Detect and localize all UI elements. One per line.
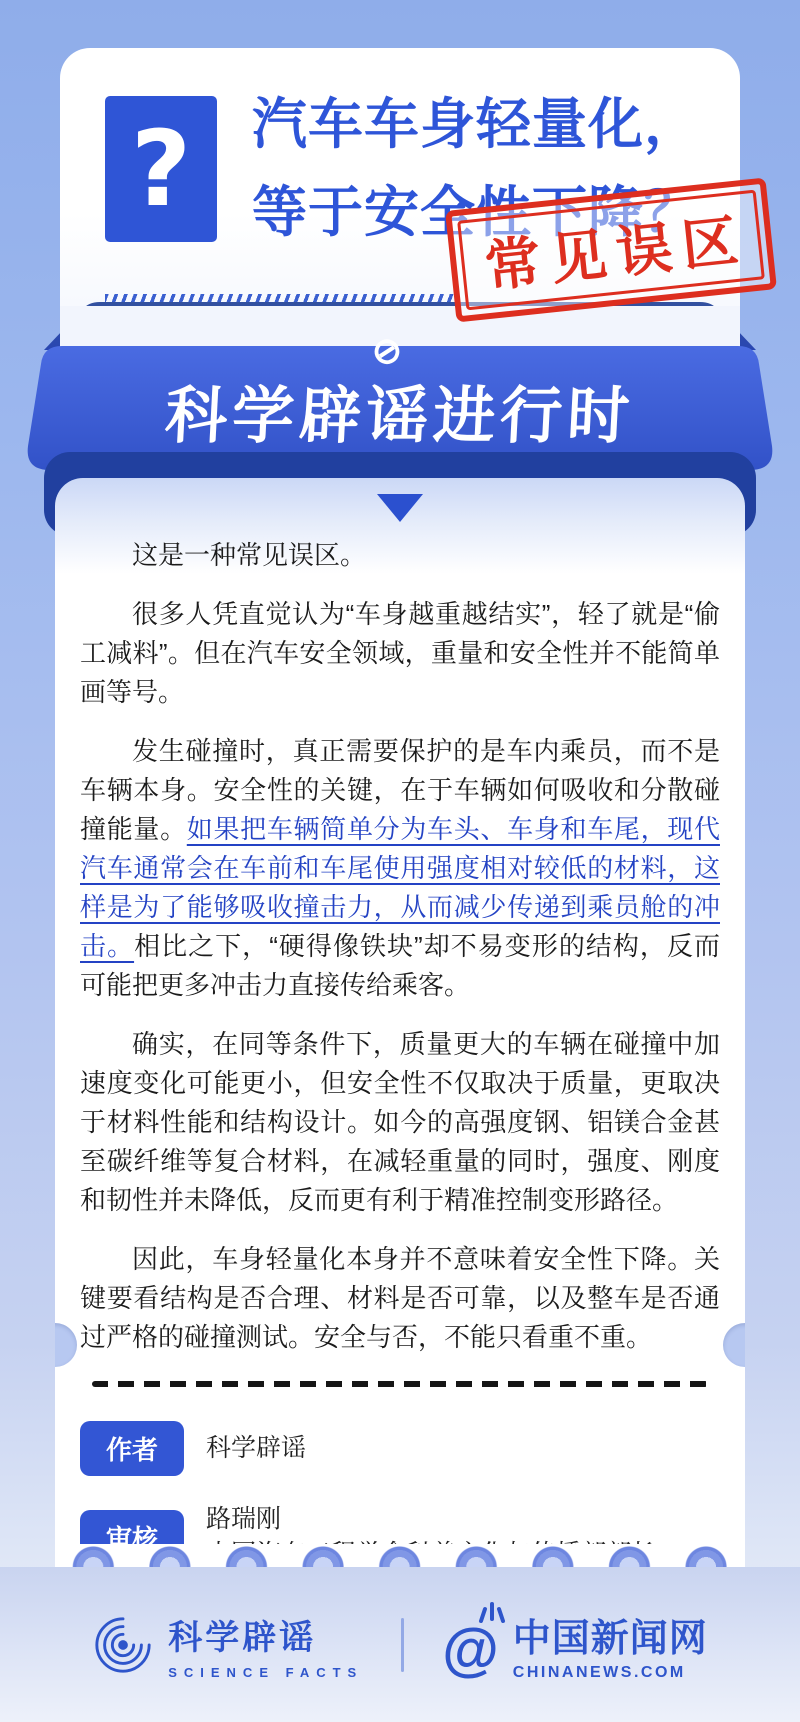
footer: 科学辟谣 SCIENCE FACTS @ 中国新闻网 CHINANEWS.COM <box>0 1567 800 1722</box>
body-text: 相比之下，“硬得像铁块”却不易变形的结构，反而可能把更多冲击力直接传给乘客。 <box>80 931 720 1000</box>
body-text: 因此，车身轻量化本身并不意味着安全性下降。关键要看结构是否合理、材料是否可靠，以… <box>80 1244 720 1352</box>
poster: ? 汽车车身轻量化， 等于安全性下降？ 常见误区 科学辟谣进行时 ⊘ <box>0 0 800 1722</box>
author-value: 科学辟谣 <box>206 1431 306 1466</box>
chinanews-name: 中国新闻网 <box>513 1607 708 1662</box>
reviewer-title: 中国汽车工程学会科普文化与传播部部长 <box>206 1537 656 1544</box>
scalloped-edge <box>55 1544 745 1567</box>
at-icon: @ <box>442 1611 499 1679</box>
science-facts-logo: 科学辟谣 SCIENCE FACTS <box>92 1610 363 1680</box>
title-line-1: 汽车车身轻量化， <box>252 80 700 168</box>
paragraph: 因此，车身轻量化本身并不意味着安全性下降。关键要看结构是否合理、材料是否可靠，以… <box>80 1240 720 1357</box>
swirl-icon <box>92 1614 154 1676</box>
stamp-inner-border: 常见误区 <box>457 190 765 311</box>
banner-title: 科学辟谣进行时 <box>0 366 800 455</box>
stamp-label: 常见误区 <box>471 196 752 304</box>
footer-divider <box>401 1618 404 1672</box>
paragraph: 发生碰撞时，真正需要保护的是车内乘员，而不是车辆本身。安全性的关键，在于车辆如何… <box>80 732 720 1005</box>
credits: 作者 科学辟谣 审核 路瑞刚 中国汽车工程学会科普文化与传播部部长 <box>55 1421 745 1544</box>
reviewer-name: 路瑞刚 <box>206 1502 656 1537</box>
paragraph: 确实，在同等条件下，质量更大的车辆在碰撞中加速度变化可能更小，但安全性不仅取决于… <box>80 1025 720 1220</box>
dashed-divider <box>92 1381 708 1387</box>
article-card: 这是一种常见误区。很多人凭直觉认为“车身越重越结实”，轻了就是“偷工减料”。但在… <box>55 478 745 1544</box>
reviewer-row: 审核 路瑞刚 中国汽车工程学会科普文化与传播部部长 <box>80 1502 720 1544</box>
paragraph: 这是一种常见误区。 <box>80 536 720 575</box>
body-text: 很多人凭直觉认为“车身越重越结实”，轻了就是“偷工减料”。但在汽车安全领域，重量… <box>80 599 720 707</box>
body-text: 确实，在同等条件下，质量更大的车辆在碰撞中加速度变化可能更小，但安全性不仅取决于… <box>80 1029 720 1215</box>
science-facts-text: 科学辟谣 SCIENCE FACTS <box>168 1610 363 1680</box>
chinanews-logo: @ 中国新闻网 CHINANEWS.COM <box>442 1607 708 1682</box>
question-mark-icon: ? <box>105 96 217 242</box>
at-glyph: @ <box>442 1617 499 1682</box>
chinanews-subtitle: CHINANEWS.COM <box>513 1664 708 1682</box>
science-facts-name: 科学辟谣 <box>168 1610 363 1659</box>
burst-icon <box>477 1601 507 1623</box>
reviewer-value: 路瑞刚 中国汽车工程学会科普文化与传播部部长 <box>206 1502 656 1544</box>
reviewer-badge: 审核 <box>80 1510 184 1545</box>
article: 这是一种常见误区。很多人凭直觉认为“车身越重越结实”，轻了就是“偷工减料”。但在… <box>55 478 745 1357</box>
chinanews-text: 中国新闻网 CHINANEWS.COM <box>513 1607 708 1682</box>
science-facts-subtitle: SCIENCE FACTS <box>168 1665 363 1680</box>
author-badge: 作者 <box>80 1421 184 1476</box>
author-row: 作者 科学辟谣 <box>80 1421 720 1476</box>
body-text: 这是一种常见误区。 <box>132 540 366 570</box>
down-triangle-icon <box>377 494 423 522</box>
paragraph: 很多人凭直觉认为“车身越重越结实”，轻了就是“偷工减料”。但在汽车安全领域，重量… <box>80 595 720 712</box>
